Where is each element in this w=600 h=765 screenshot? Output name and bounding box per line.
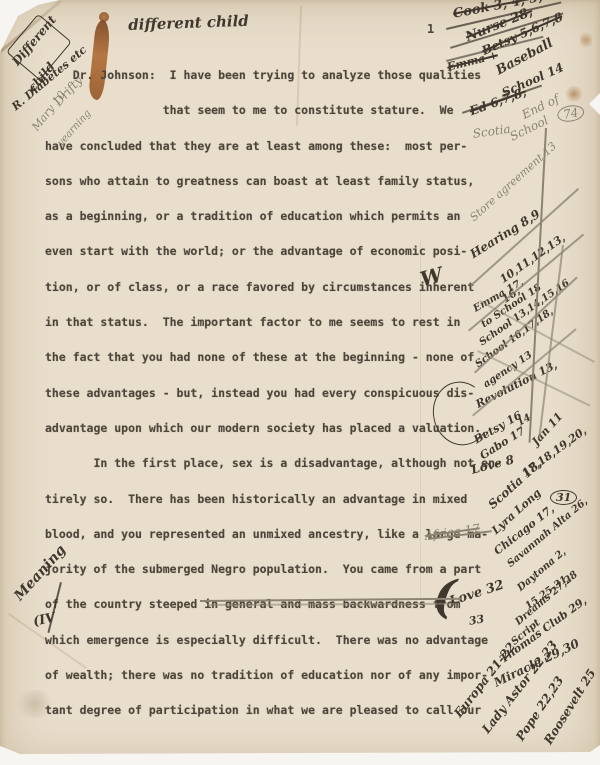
- handwritten-annotation: different child: [128, 14, 249, 33]
- manuscript-scan: { "document": { "page_number": "1", "spe…: [0, 0, 600, 765]
- manuscript-page: 1 Dr. Johnson: I have been trying to ana…: [0, 0, 600, 765]
- handwritten-annotation: 74: [556, 103, 586, 123]
- handwritten-annotation: 33: [468, 613, 485, 626]
- handwritten-annotation: Meaning: [12, 543, 69, 604]
- handwritten-annotation: Love 8: [470, 453, 515, 475]
- handwritten-annotation: Scotia: [472, 123, 511, 140]
- underline-mark: [207, 603, 457, 606]
- handwritten-annotation: W: [418, 264, 445, 289]
- handwritten-annotation: yearning: [56, 109, 93, 149]
- underline-mark: [200, 598, 462, 602]
- annotation-layer: HearingDifferentchildR. Diabetes etcDrif…: [0, 0, 600, 765]
